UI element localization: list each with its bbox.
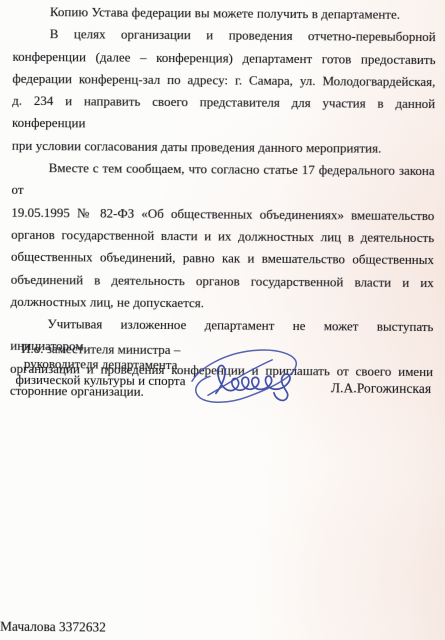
- body-line: органов государственной власти и их долж…: [11, 224, 434, 250]
- signer-name: Л.А.Рогожинская: [331, 380, 431, 397]
- signature-title: И.о. заместителя министра – руководителя…: [9, 341, 192, 388]
- body-line: общественных объединений, равно как и вм…: [11, 246, 434, 272]
- body-paragraph: В целях организации и проведения отчетно…: [12, 23, 436, 160]
- signature-title-line: физической культуры и спорта: [9, 371, 192, 388]
- scan-skew-wrapper: Копию Устава федерации вы можете получит…: [0, 0, 445, 640]
- handwritten-signature-icon: [180, 337, 321, 418]
- body-line: объединений в деятельность органов госуд…: [11, 268, 434, 294]
- body-line: должностных лиц, не допускается.: [11, 291, 434, 317]
- body-line: д. 234 и направить своего представителя …: [12, 90, 435, 138]
- document-page: Копию Устава федерации вы можете получит…: [0, 0, 445, 640]
- executor-note: Мачалова 3372632: [0, 619, 106, 636]
- body-paragraph: Вместе с тем сообщаем, что согласно стат…: [11, 157, 435, 316]
- body-paragraph: Копию Устава федерации вы можете получит…: [13, 1, 436, 27]
- body-line: 19.05.1995 № 82-ФЗ «Об общественных объе…: [11, 201, 434, 227]
- body-line: Вместе с тем сообщаем, что согласно стат…: [11, 157, 434, 205]
- signature-title-line: И.о. заместителя министра –: [9, 341, 192, 358]
- body-line: В целях организации и проведения отчетно…: [13, 23, 436, 49]
- signature-title-line: руководителя департамента: [9, 356, 192, 373]
- body-line: федерации конференц-зал по адресу: г. Са…: [12, 68, 435, 94]
- body-line: конференции (далее – конференция) департ…: [12, 45, 435, 71]
- body-line: Копию Устава федерации вы можете получит…: [13, 1, 436, 27]
- body-line: при условии согласования даты проведения…: [12, 135, 435, 161]
